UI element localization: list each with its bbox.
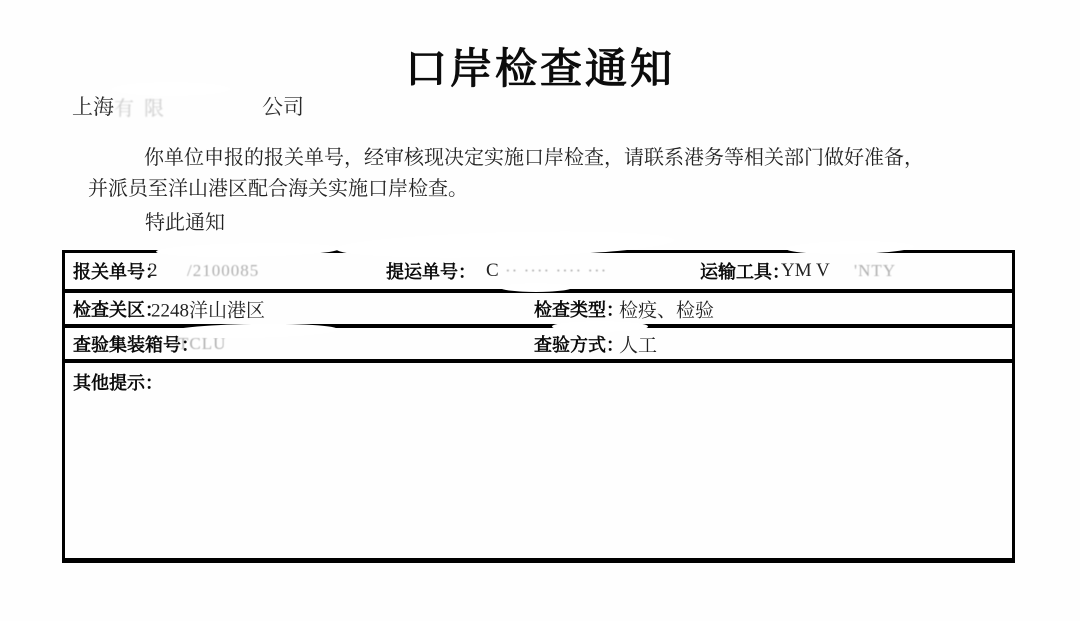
bill-of-lading-label: 提运单号： [386, 258, 476, 284]
inspection-area-label: 检查关区： [73, 296, 163, 322]
redaction-blob-addressee [112, 82, 230, 96]
inspection-area-value: 2248洋山港区 [151, 295, 265, 322]
inspection-method-label: 查验方式： [534, 331, 624, 357]
redaction-blob-row1-border [500, 283, 572, 292]
notice-page: 口岸检查通知 上海有限公司 你单位申报的报关单号，经审核现决定实施口岸检查，请联… [0, 0, 1080, 621]
addressee-prefix: 上海 [72, 95, 114, 119]
notice-body-line-1: 你单位申报的报关单号，经审核现决定实施口岸检查，请联系港务等相关部门做好准备， [88, 142, 1003, 173]
declaration-no-value: 2 [148, 260, 158, 282]
inspection-method-value: 人工 [619, 330, 657, 357]
inspection-type-value: 检疫、检验 [619, 295, 714, 322]
redaction-blob-row3-border [552, 321, 648, 332]
inspection-type-label: 检查类型： [534, 296, 624, 322]
other-notes-label: 其他提示： [73, 369, 163, 395]
inspection-table: 报关单号： 2 /2100085 提运单号： C ·· ···· ···· ··… [62, 250, 1015, 563]
table-row-inspection-area: 检查关区： 2248洋山港区 检查类型： 检疫、检验 [65, 289, 1012, 324]
transport-redacted: 'NTY [854, 261, 896, 281]
notice-body: 你单位申报的报关单号，经审核现决定实施口岸检查，请联系港务等相关部门做好准备， … [88, 142, 1003, 204]
addressee-faint-text: 有限 [114, 98, 174, 120]
notice-body-line-2: 并派员至洋山港区配合海关实施口岸检查。 [88, 173, 1003, 204]
declaration-no-redacted: /2100085 [187, 261, 259, 281]
notice-closing: 特此通知 [145, 206, 225, 235]
bill-of-lading-value: C [486, 260, 499, 282]
bill-of-lading-redacted: ·· ···· ···· ··· [505, 261, 607, 281]
addressee-suffix: 公司 [262, 95, 304, 119]
transport-label: 运输工具： [700, 258, 790, 284]
addressee-redacted-gap: 有限 [114, 92, 262, 121]
transport-value: YM V [781, 260, 830, 282]
table-row-other-notes: 其他提示： [65, 359, 1012, 558]
